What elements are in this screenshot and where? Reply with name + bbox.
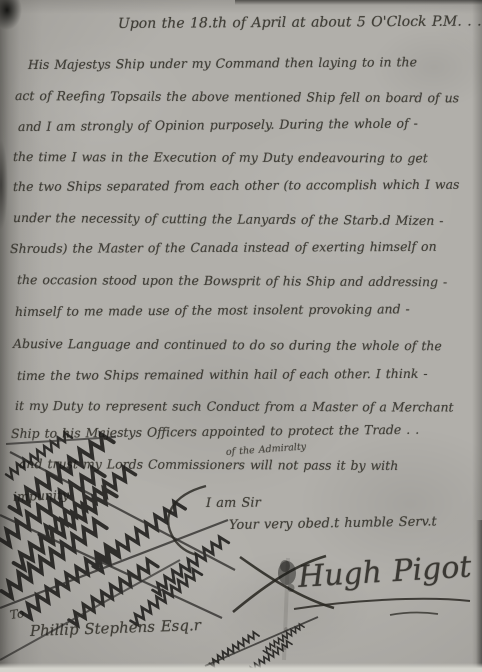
body-last-word: impunity <box>13 487 70 504</box>
body-line-2: act of Reefing Topsails the above mentio… <box>15 88 459 105</box>
body-line-1: His Majestys Ship under my Command then … <box>28 54 417 72</box>
photo-right-smudge <box>476 520 482 672</box>
body-line-4: the time I was in the Execution of my Du… <box>13 149 428 165</box>
body-line-3: and I am strongly of Opinion purposely. … <box>18 116 418 134</box>
body-line-10: Abusive Language and continued to do so … <box>13 336 442 353</box>
bottom-scrawl <box>205 617 318 672</box>
body-line-11: time the two Ships remained within hail … <box>17 366 428 383</box>
body-line-5: the two Ships separated from each other … <box>13 177 460 194</box>
body-line-13: Ship to his Majestys Officers appointed … <box>11 422 419 441</box>
body-line-9: himself to me made use of the most insol… <box>15 301 410 319</box>
photo-bottom-border <box>0 663 482 672</box>
valediction-line-1: I am Sir <box>206 496 261 511</box>
signature: Hugh Pigot <box>297 549 472 595</box>
photo-corner-shadow <box>0 0 22 30</box>
recipient-prefix: To <box>9 606 25 622</box>
body-line-6: under the necessity of cutting the Lanya… <box>13 210 444 228</box>
pen-flourish <box>168 486 206 555</box>
body-line-14: and trust my Lords Commissioners will no… <box>19 456 398 473</box>
manuscript-letter-photo: Upon the 18.th of April at about 5 O'Clo… <box>0 0 482 672</box>
dateline: Upon the 18.th of April at about 5 O'Clo… <box>118 13 482 32</box>
photo-edge-shadow <box>0 140 8 230</box>
recipient-name: Phillip Stephens Esq.r <box>30 616 201 640</box>
valediction-line-2: Your very obed.t humble Serv.t <box>229 514 437 533</box>
ink-blot <box>278 558 296 660</box>
photo-top-smudge <box>235 0 482 5</box>
body-line-7: Shrouds) the Master of the Canada instea… <box>10 239 437 256</box>
interlinear-insertion: of the Admiralty <box>226 441 307 458</box>
body-line-12: it my Duty to represent such Conduct fro… <box>15 398 454 415</box>
body-line-8: the occasion stood upon the Bowsprit of … <box>17 272 447 289</box>
